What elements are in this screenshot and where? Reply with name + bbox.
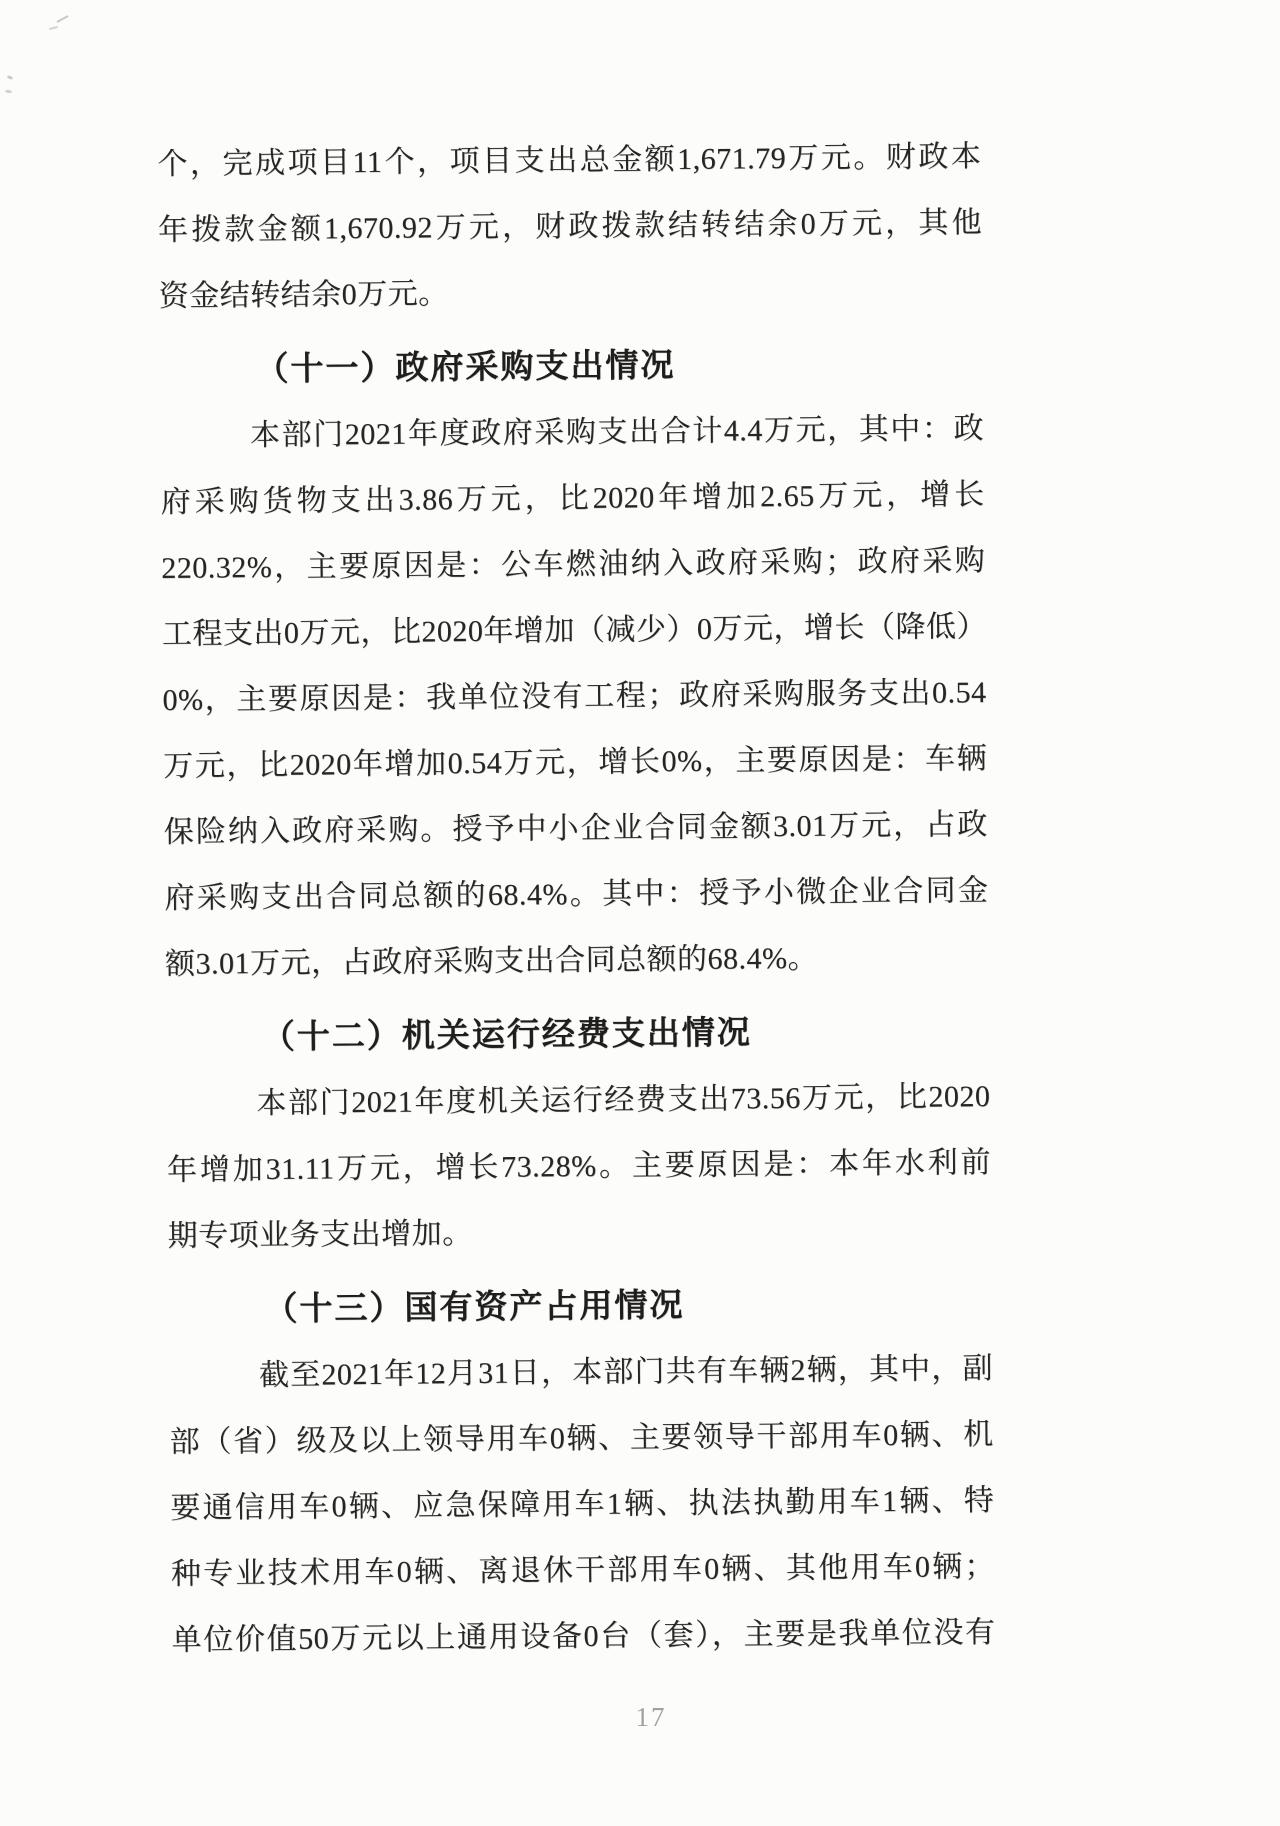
text-line: 府采购货物支出3.86万元，比2020年增加2.65万元，增长: [160, 462, 985, 536]
document-page: 个，完成项目11个，项目支出总金额1,671.79万元。财政本年拨款金额1,67…: [0, 0, 1280, 1826]
scan-speck-dot: [5, 90, 12, 94]
text-line: 220.32%，主要原因是：公车燃油纳入政府采购；政府采购: [161, 528, 986, 602]
scan-speck-dot: [7, 75, 14, 80]
text-line: 本部门2021年度机关运行经费支出73.56万元，比2020: [166, 1064, 991, 1138]
text-line: 截至2021年12月31日，本部门共有车辆2辆，其中，副: [169, 1336, 994, 1410]
para-state-assets: 截至2021年12月31日，本部门共有车辆2辆，其中，副部（省）级及以上领导用车…: [169, 1336, 996, 1674]
text-line: 0%，主要原因是：我单位没有工程；政府采购服务支出0.54: [162, 660, 987, 734]
page-number: 17: [0, 1702, 1280, 1733]
page-content: 个，完成项目11个，项目支出总金额1,671.79万元。财政本年拨款金额1,67…: [157, 124, 996, 1674]
text-line: 要通信用车0辆、应急保障用车1辆、执法执勤用车1辆、特: [170, 1468, 995, 1542]
text-line: 额3.01万元，占政府采购支出合同总额的68.4%。: [165, 924, 990, 998]
section-heading-12-operating-expenses: （十二）机关运行经费支出情况: [262, 1000, 991, 1067]
text-line: 年增加31.11万元，增长73.28%。主要原因是：本年水利前: [167, 1130, 992, 1204]
text-line: 保险纳入政府采购。授予中小企业合同金额3.01万元，占政: [164, 792, 989, 866]
text-line: 个，完成项目11个，项目支出总金额1,671.79万元。财政本: [157, 124, 982, 198]
text-line: 种专业技术用车0辆、离退休干部用车0辆、其他用车0辆；: [171, 1534, 996, 1608]
scan-speck-mark: [56, 15, 68, 23]
para-project-expenditure-carryover: 个，完成项目11个，项目支出总金额1,671.79万元。财政本年拨款金额1,67…: [157, 124, 983, 330]
text-line: 工程支出0万元，比2020年增加（减少）0万元，增长（降低）: [162, 594, 987, 668]
section-heading-13-state-assets: （十三）国有资产占用情况: [264, 1272, 993, 1339]
text-line: 资金结转结余0万元。: [158, 256, 983, 330]
text-line: 府采购支出合同总额的68.4%。其中：授予小微企业合同金: [164, 858, 989, 932]
text-line: 部（省）级及以上领导用车0辆、主要领导干部用车0辆、机: [169, 1402, 994, 1476]
text-line: 年拨款金额1,670.92万元，财政拨款结转结余0万元，其他: [158, 190, 983, 264]
section-heading-11-government-procurement: （十一）政府采购支出情况: [255, 332, 984, 399]
para-government-procurement: 本部门2021年度政府采购支出合计4.4万元，其中：政府采购货物支出3.86万元…: [160, 396, 990, 998]
text-line: 万元，比2020年增加0.54万元，增长0%，主要原因是：车辆: [163, 726, 988, 800]
text-line: 期专项业务支出增加。: [167, 1196, 992, 1270]
scan-speck-mark: [49, 26, 58, 30]
text-line: 单位价值50万元以上通用设备0台（套），主要是我单位没有: [171, 1600, 996, 1674]
text-line: 本部门2021年度政府采购支出合计4.4万元，其中：政: [160, 396, 985, 470]
para-operating-expenses: 本部门2021年度机关运行经费支出73.56万元，比2020年增加31.11万元…: [166, 1064, 992, 1270]
